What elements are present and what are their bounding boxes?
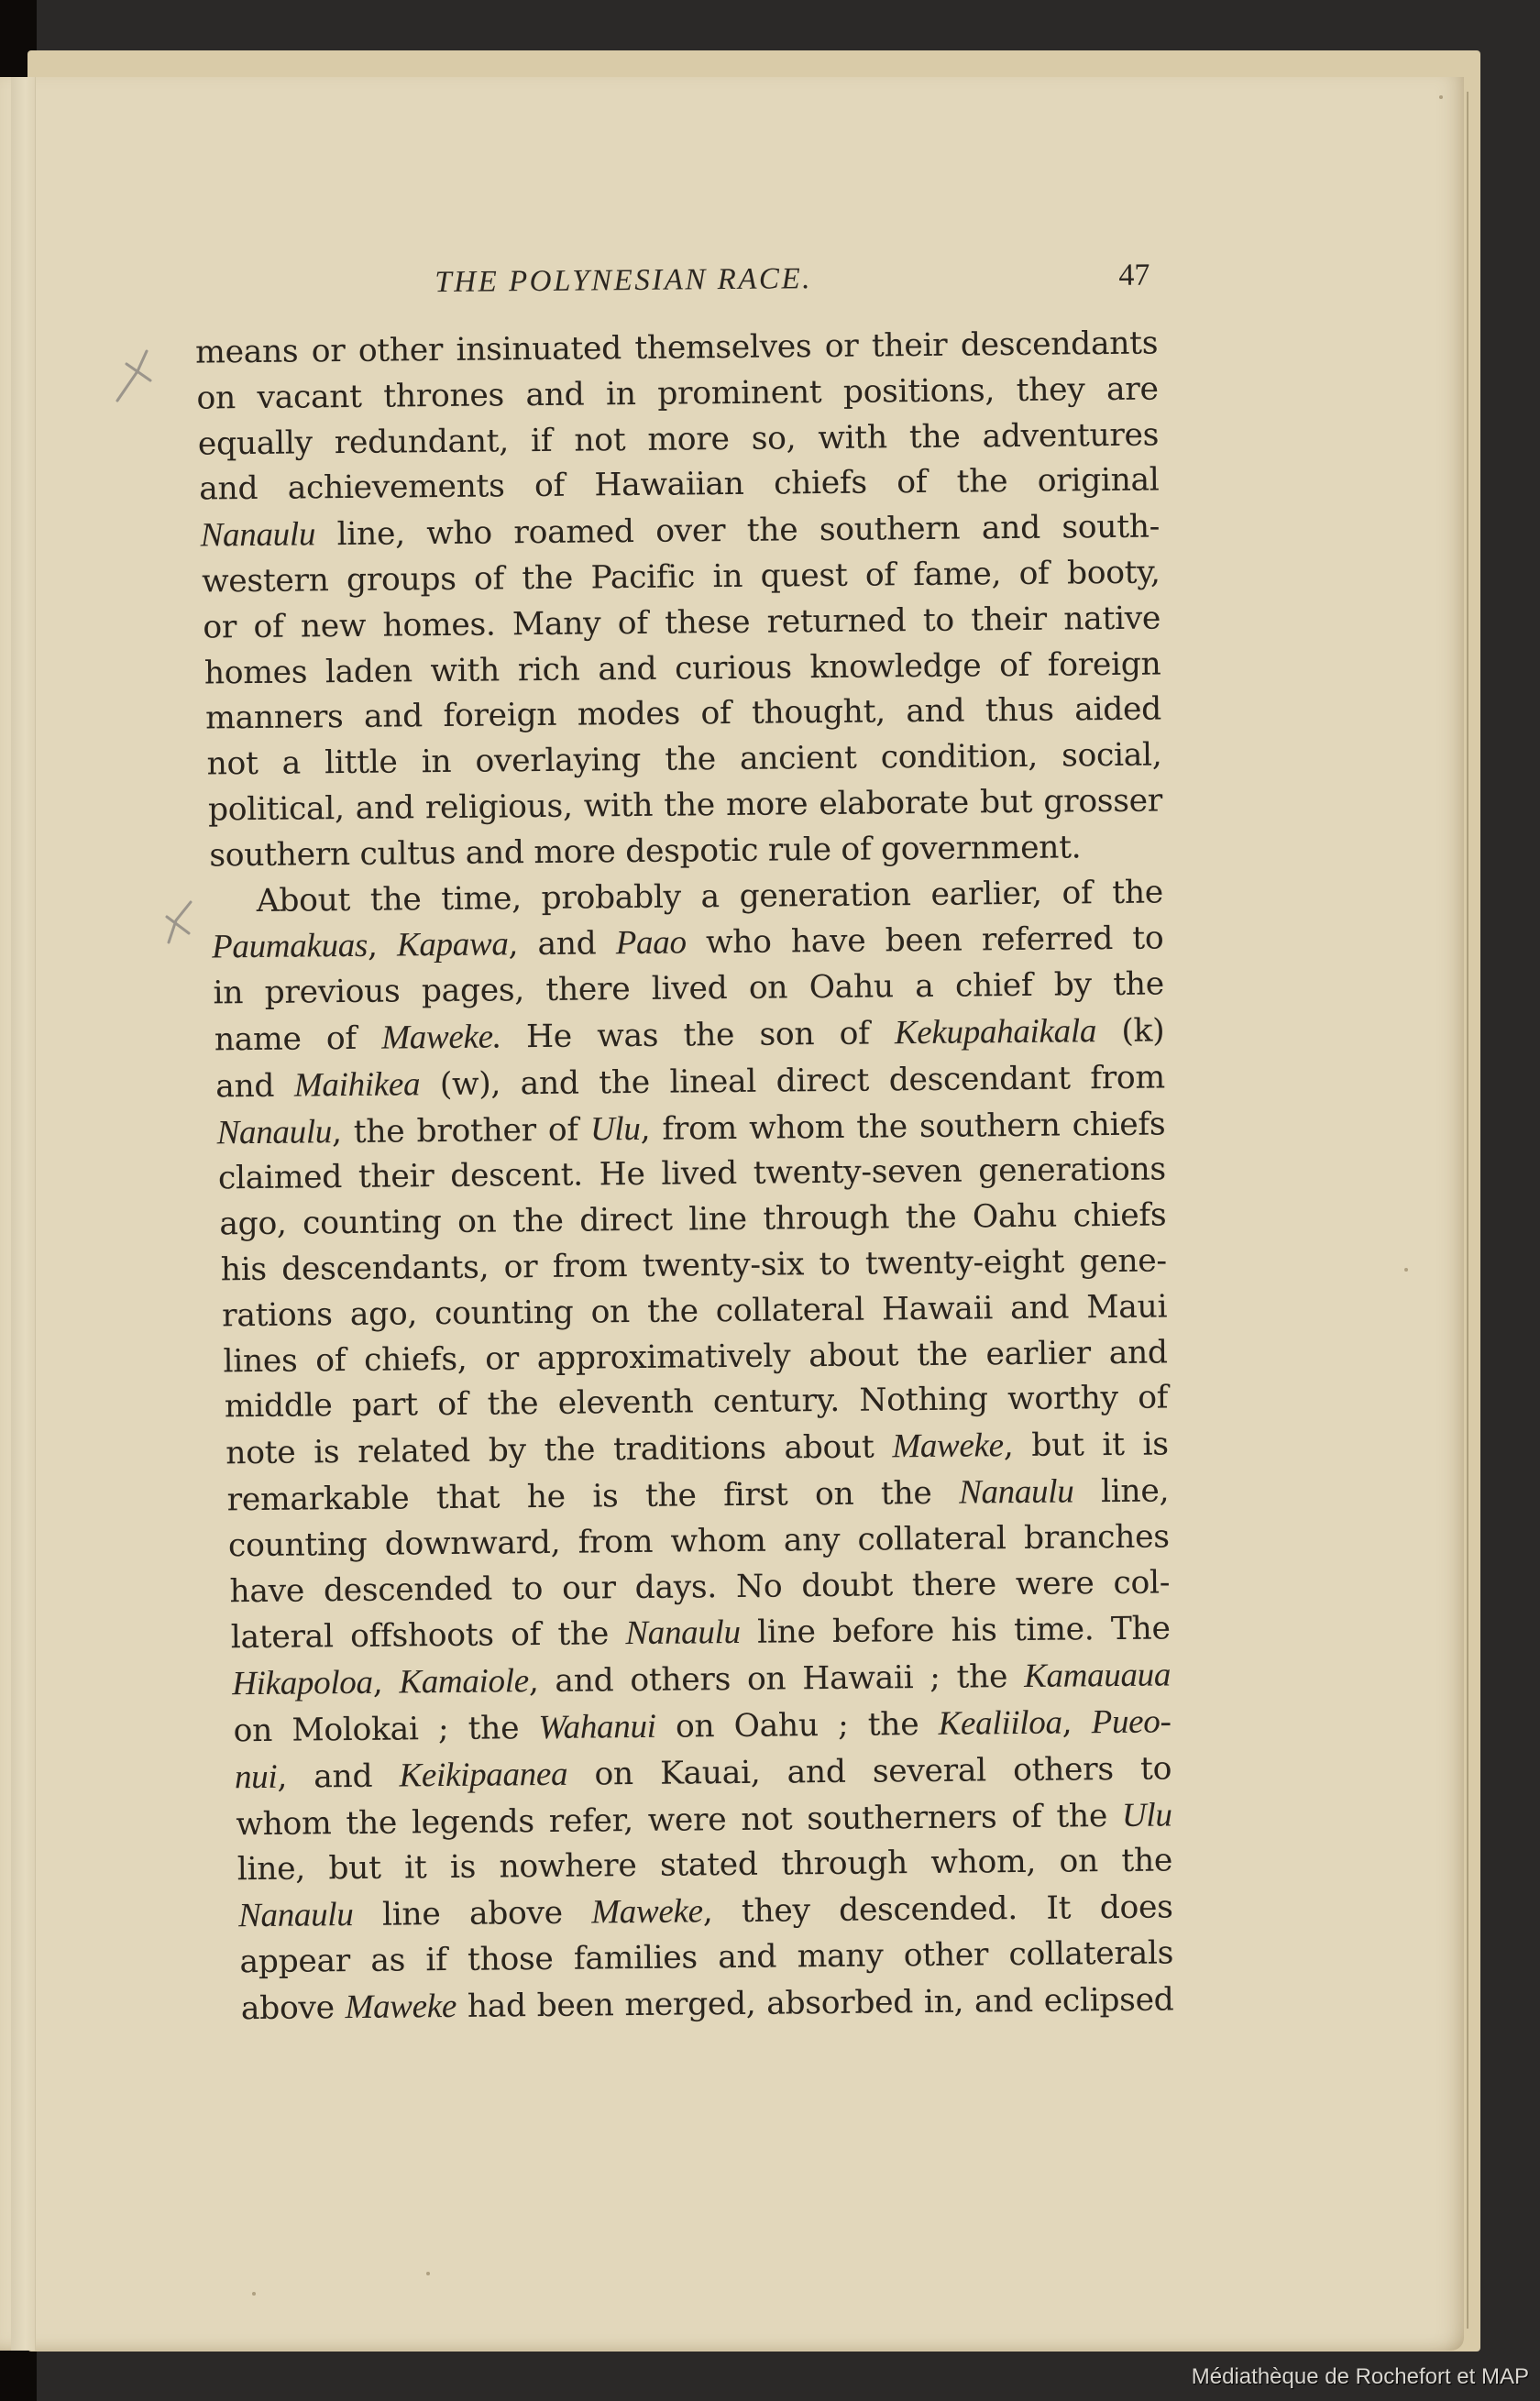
page-number: 47: [1118, 259, 1149, 293]
pencil-x-mark-2: [158, 897, 203, 952]
running-head: THE POLYNESIAN RACE.: [434, 259, 1149, 300]
body-text: means or other insinuated themselves or …: [195, 322, 1174, 2032]
text-run: line, but it is nowhere stated through w…: [237, 1843, 1173, 1889]
italic-name: Nanaulu: [200, 516, 315, 555]
text-run: his descendants, or from twenty-six to t…: [221, 1242, 1167, 1288]
italic-name: Maweke: [591, 1892, 703, 1931]
text-run: He was the son of: [500, 1015, 895, 1055]
text-run: note is related by the traditions about: [225, 1428, 892, 1471]
italic-name: Nanaulu: [216, 1113, 332, 1151]
text-line: rations ago, counting on the collateral …: [222, 1284, 1168, 1339]
text-run: on Molokai ; the: [233, 1710, 538, 1749]
text-run: manners and foreign modes of thought, an…: [205, 691, 1161, 737]
text-run: in previous pages, there lived on Oahu a…: [213, 966, 1164, 1012]
text-line: and Maihikea (w), and the lineal direct …: [215, 1054, 1165, 1110]
text-run: claimed their descent. He lived twenty-s…: [218, 1151, 1166, 1197]
text-line: nui, and Keikipaanea on Kauai, and sever…: [235, 1746, 1172, 1801]
text-run: on Oahu ; the: [655, 1706, 938, 1746]
italic-name: Ulu: [1122, 1796, 1172, 1834]
text-run: line before his time. The: [741, 1611, 1171, 1651]
text-run: ,: [368, 928, 397, 964]
italic-name: Ulu: [590, 1110, 641, 1149]
text-run: , they descended. It does: [703, 1889, 1173, 1931]
italic-name: Maweke.: [381, 1018, 501, 1056]
text-run: middle part of the eleventh century. Not…: [225, 1380, 1169, 1426]
text-run: equally redundant, if not more so, with …: [198, 416, 1160, 462]
italic-name: Kealiiloa: [938, 1703, 1061, 1742]
text-run: rations ago, counting on the collateral …: [222, 1288, 1167, 1334]
italic-name: Hikapoloa: [232, 1664, 373, 1702]
text-run: on Kauai, and several others to: [567, 1750, 1171, 1792]
text-run: western groups of the Pacific in quest o…: [202, 554, 1160, 600]
italic-name: Paao: [616, 924, 687, 963]
text-run: appear as if those families and many oth…: [239, 1934, 1173, 1980]
text-run: homes laden with rich and curious knowle…: [204, 645, 1161, 691]
text-run: , and: [508, 926, 616, 964]
text-run: and: [215, 1067, 294, 1105]
text-run: whom the legends refer, were not souther…: [236, 1797, 1122, 1842]
italic-name: Nanaulu: [238, 1896, 354, 1934]
text-run: on vacant thrones and in prominent posit…: [196, 370, 1158, 416]
italic-name: Nanaulu: [959, 1472, 1074, 1511]
italic-name: Pueo-: [1092, 1702, 1171, 1741]
text-run: means or other insinuated themselves or …: [195, 325, 1158, 371]
text-run: above: [241, 1989, 346, 2027]
text-run: ,: [1062, 1704, 1092, 1741]
text-run: (k): [1096, 1012, 1165, 1050]
text-run: , and: [277, 1757, 400, 1795]
italic-name: nui: [235, 1758, 278, 1796]
text-run: ,: [373, 1665, 400, 1702]
text-run: had been merged, absorbed in, and eclips…: [456, 1981, 1174, 2025]
italic-name: Maweke: [345, 1988, 456, 2026]
text-run: remarkable that he is the first on the: [227, 1475, 960, 1519]
text-run: About the time, probably a generation ea…: [257, 874, 1164, 919]
text-run: , but it is: [1004, 1426, 1169, 1465]
text-run: who have been referred to: [686, 920, 1163, 962]
italic-name: Maweke: [892, 1426, 1004, 1465]
text-run: ago, counting on the direct line through…: [219, 1197, 1166, 1243]
text-run: name of: [214, 1020, 382, 1059]
italic-name: Kamauaua: [1024, 1657, 1171, 1696]
text-line: above Maweke had been merged, absorbed i…: [241, 1977, 1174, 2032]
text-run: , the brother of: [332, 1111, 590, 1151]
text-run: and achievements of Hawaiian chiefs of t…: [199, 462, 1160, 508]
text-line: on Molokai ; the Wahanui on Oahu ; the K…: [233, 1699, 1171, 1755]
text-run: , from whom the southern chiefs: [640, 1106, 1165, 1147]
text-line: counting downward, from whom any collate…: [228, 1514, 1170, 1569]
italic-name: Keikipaanea: [399, 1755, 567, 1794]
text-run: line,: [1073, 1472, 1169, 1510]
text-run: southern cultus and more despotic rule o…: [209, 829, 1081, 874]
italic-name: Wahanui: [538, 1708, 655, 1746]
text-run: or of new homes. Many of these returned …: [203, 600, 1160, 645]
text-run: lines of chiefs, or approximatively abou…: [223, 1334, 1168, 1380]
italic-name: Kapawa: [397, 926, 509, 964]
text-run: counting downward, from whom any collate…: [228, 1518, 1170, 1564]
text-run: line above: [353, 1895, 591, 1933]
italic-name: Maihikea: [294, 1065, 421, 1104]
italic-name: Kekupahaikala: [895, 1012, 1096, 1052]
watermark-credit: Médiathèque de Rochefort et MAP: [1192, 2364, 1529, 2390]
italic-name: Paumakuas: [212, 927, 368, 966]
italic-name: Nanaulu: [625, 1614, 741, 1652]
text-run: have descended to our days. No doubt the…: [229, 1564, 1170, 1610]
text-run: not a little in overlaying the ancient c…: [206, 737, 1161, 783]
pencil-x-mark-1: [110, 344, 165, 408]
text-run: line, who roamed over the southern and s…: [315, 509, 1160, 554]
text-run: lateral offshoots of the: [231, 1615, 626, 1656]
text-block: THE POLYNESIAN RACE. 47 means or other i…: [0, 0, 1540, 2401]
text-run: political, and religious, with the more …: [208, 782, 1162, 828]
text-run: (w), and the lineal direct descendant fr…: [420, 1059, 1165, 1103]
italic-name: Kamaiole: [399, 1662, 529, 1701]
text-run: , and others on Hawaii ; the: [529, 1658, 1025, 1700]
